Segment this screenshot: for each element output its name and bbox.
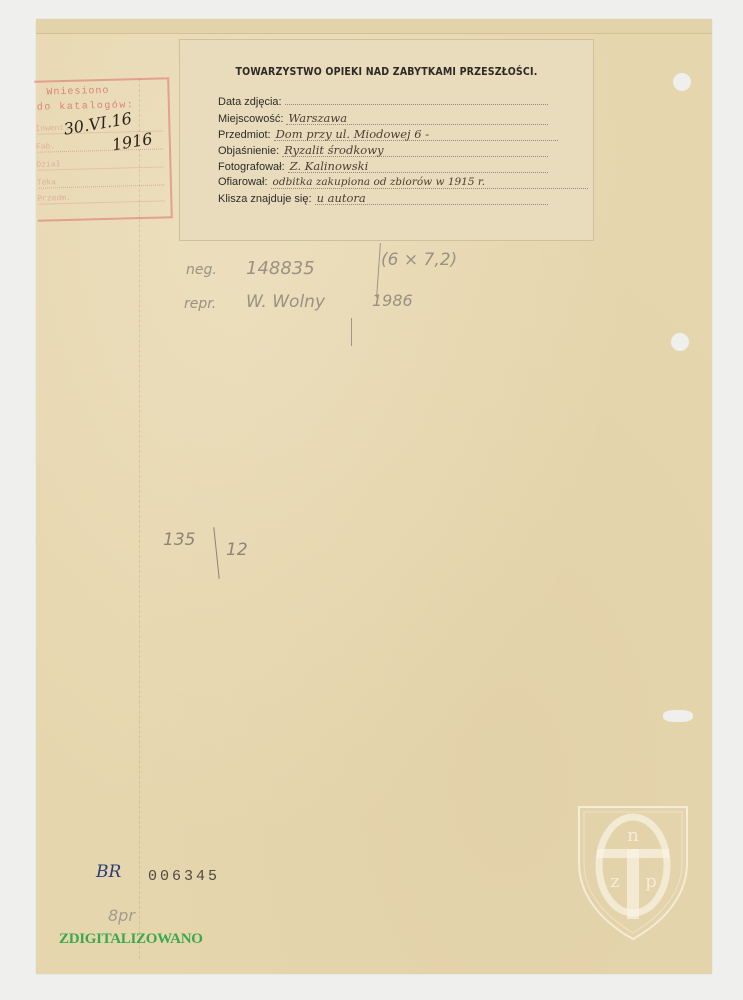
shield-emblem-icon: n z p [573, 803, 693, 943]
field-location: Miejscowość: Warszawa [218, 112, 548, 128]
pencil-neg-number: 148835 [246, 258, 315, 279]
field-negative-location: Klisza znajduje się: u autora [218, 192, 548, 208]
stamp-row-label: Dział [36, 160, 60, 170]
stamp-row-label: Przedm. [37, 194, 71, 204]
field-explanation: Objaśnienie: Ryzalit środkowy [218, 144, 548, 160]
field-label: Fotografował: [218, 161, 285, 173]
field-label: Klisza znajduje się: [218, 193, 312, 205]
edge-notch [671, 333, 689, 351]
field-subject: Przedmiot: Dom przy ul. Miodowej 6 - [218, 128, 558, 144]
field-value: u autora [315, 192, 548, 205]
stamp-line [39, 183, 164, 188]
pencil-repro-author: W. Wolny [246, 292, 325, 312]
pencil-catalog-mark-a: 135 [163, 530, 195, 550]
stamp-row-label: Teka [37, 178, 56, 187]
field-donor: Ofiarował: odbitka zakupiona od zbiorów … [218, 176, 588, 192]
stamp-handwritten-year: 1916 [111, 129, 154, 154]
edge-tear [663, 710, 693, 722]
edge-notch [673, 73, 691, 91]
svg-text:p: p [645, 871, 657, 892]
pencil-size: (6 × 7,2) [381, 250, 457, 270]
pencil-mark [351, 318, 352, 346]
field-label: Przedmiot: [218, 129, 271, 141]
field-label: Ofiarował: [218, 176, 268, 188]
label-title: TOWARZYSTWO OPIEKI NAD ZABYTKAMI PRZESZŁ… [209, 65, 564, 78]
pencil-repro-year: 1986 [372, 291, 413, 310]
field-value: Dom przy ul. Miodowej 6 - [274, 128, 558, 141]
label-card: TOWARZYSTWO OPIEKI NAD ZABYTKAMI PRZESZŁ… [179, 39, 594, 241]
svg-text:z: z [610, 871, 619, 892]
stamp-title: Wniesiono [46, 86, 109, 99]
field-label: Miejscowość: [218, 113, 283, 125]
pencil-neg-label: neg. [186, 262, 217, 278]
sheet-top-edge [36, 19, 712, 34]
field-value: Ryzalit środkowy [282, 144, 548, 157]
field-value [285, 104, 548, 105]
field-photographer: Fotografował: Z. Kalinowski [218, 160, 548, 176]
pencil-catalog-mark-b: 12 [226, 540, 248, 560]
registry-prefix: BR [96, 862, 121, 882]
field-value: Warszawa [286, 112, 548, 125]
pencil-bottom-note: 8pr [108, 906, 135, 925]
field-label: Data zdjęcia: [218, 96, 282, 108]
field-value: odbitka zakupiona od zbiorów w 1915 r. [271, 176, 588, 189]
field-date: Data zdjęcia: [218, 96, 548, 112]
registry-number: 006345 [148, 868, 220, 885]
field-value: Z. Kalinowski [288, 160, 548, 173]
stamp-row-label: Fab. [36, 142, 55, 151]
catalog-stamp: Wniesiono do katalogów: Inwent. Fab. Dzi… [34, 77, 173, 221]
field-label: Objaśnienie: [218, 145, 279, 157]
svg-text:n: n [627, 825, 639, 846]
pencil-repro-label: repr. [184, 296, 216, 312]
digitized-stamp: ZDIGITALIZOWANO [59, 931, 203, 948]
